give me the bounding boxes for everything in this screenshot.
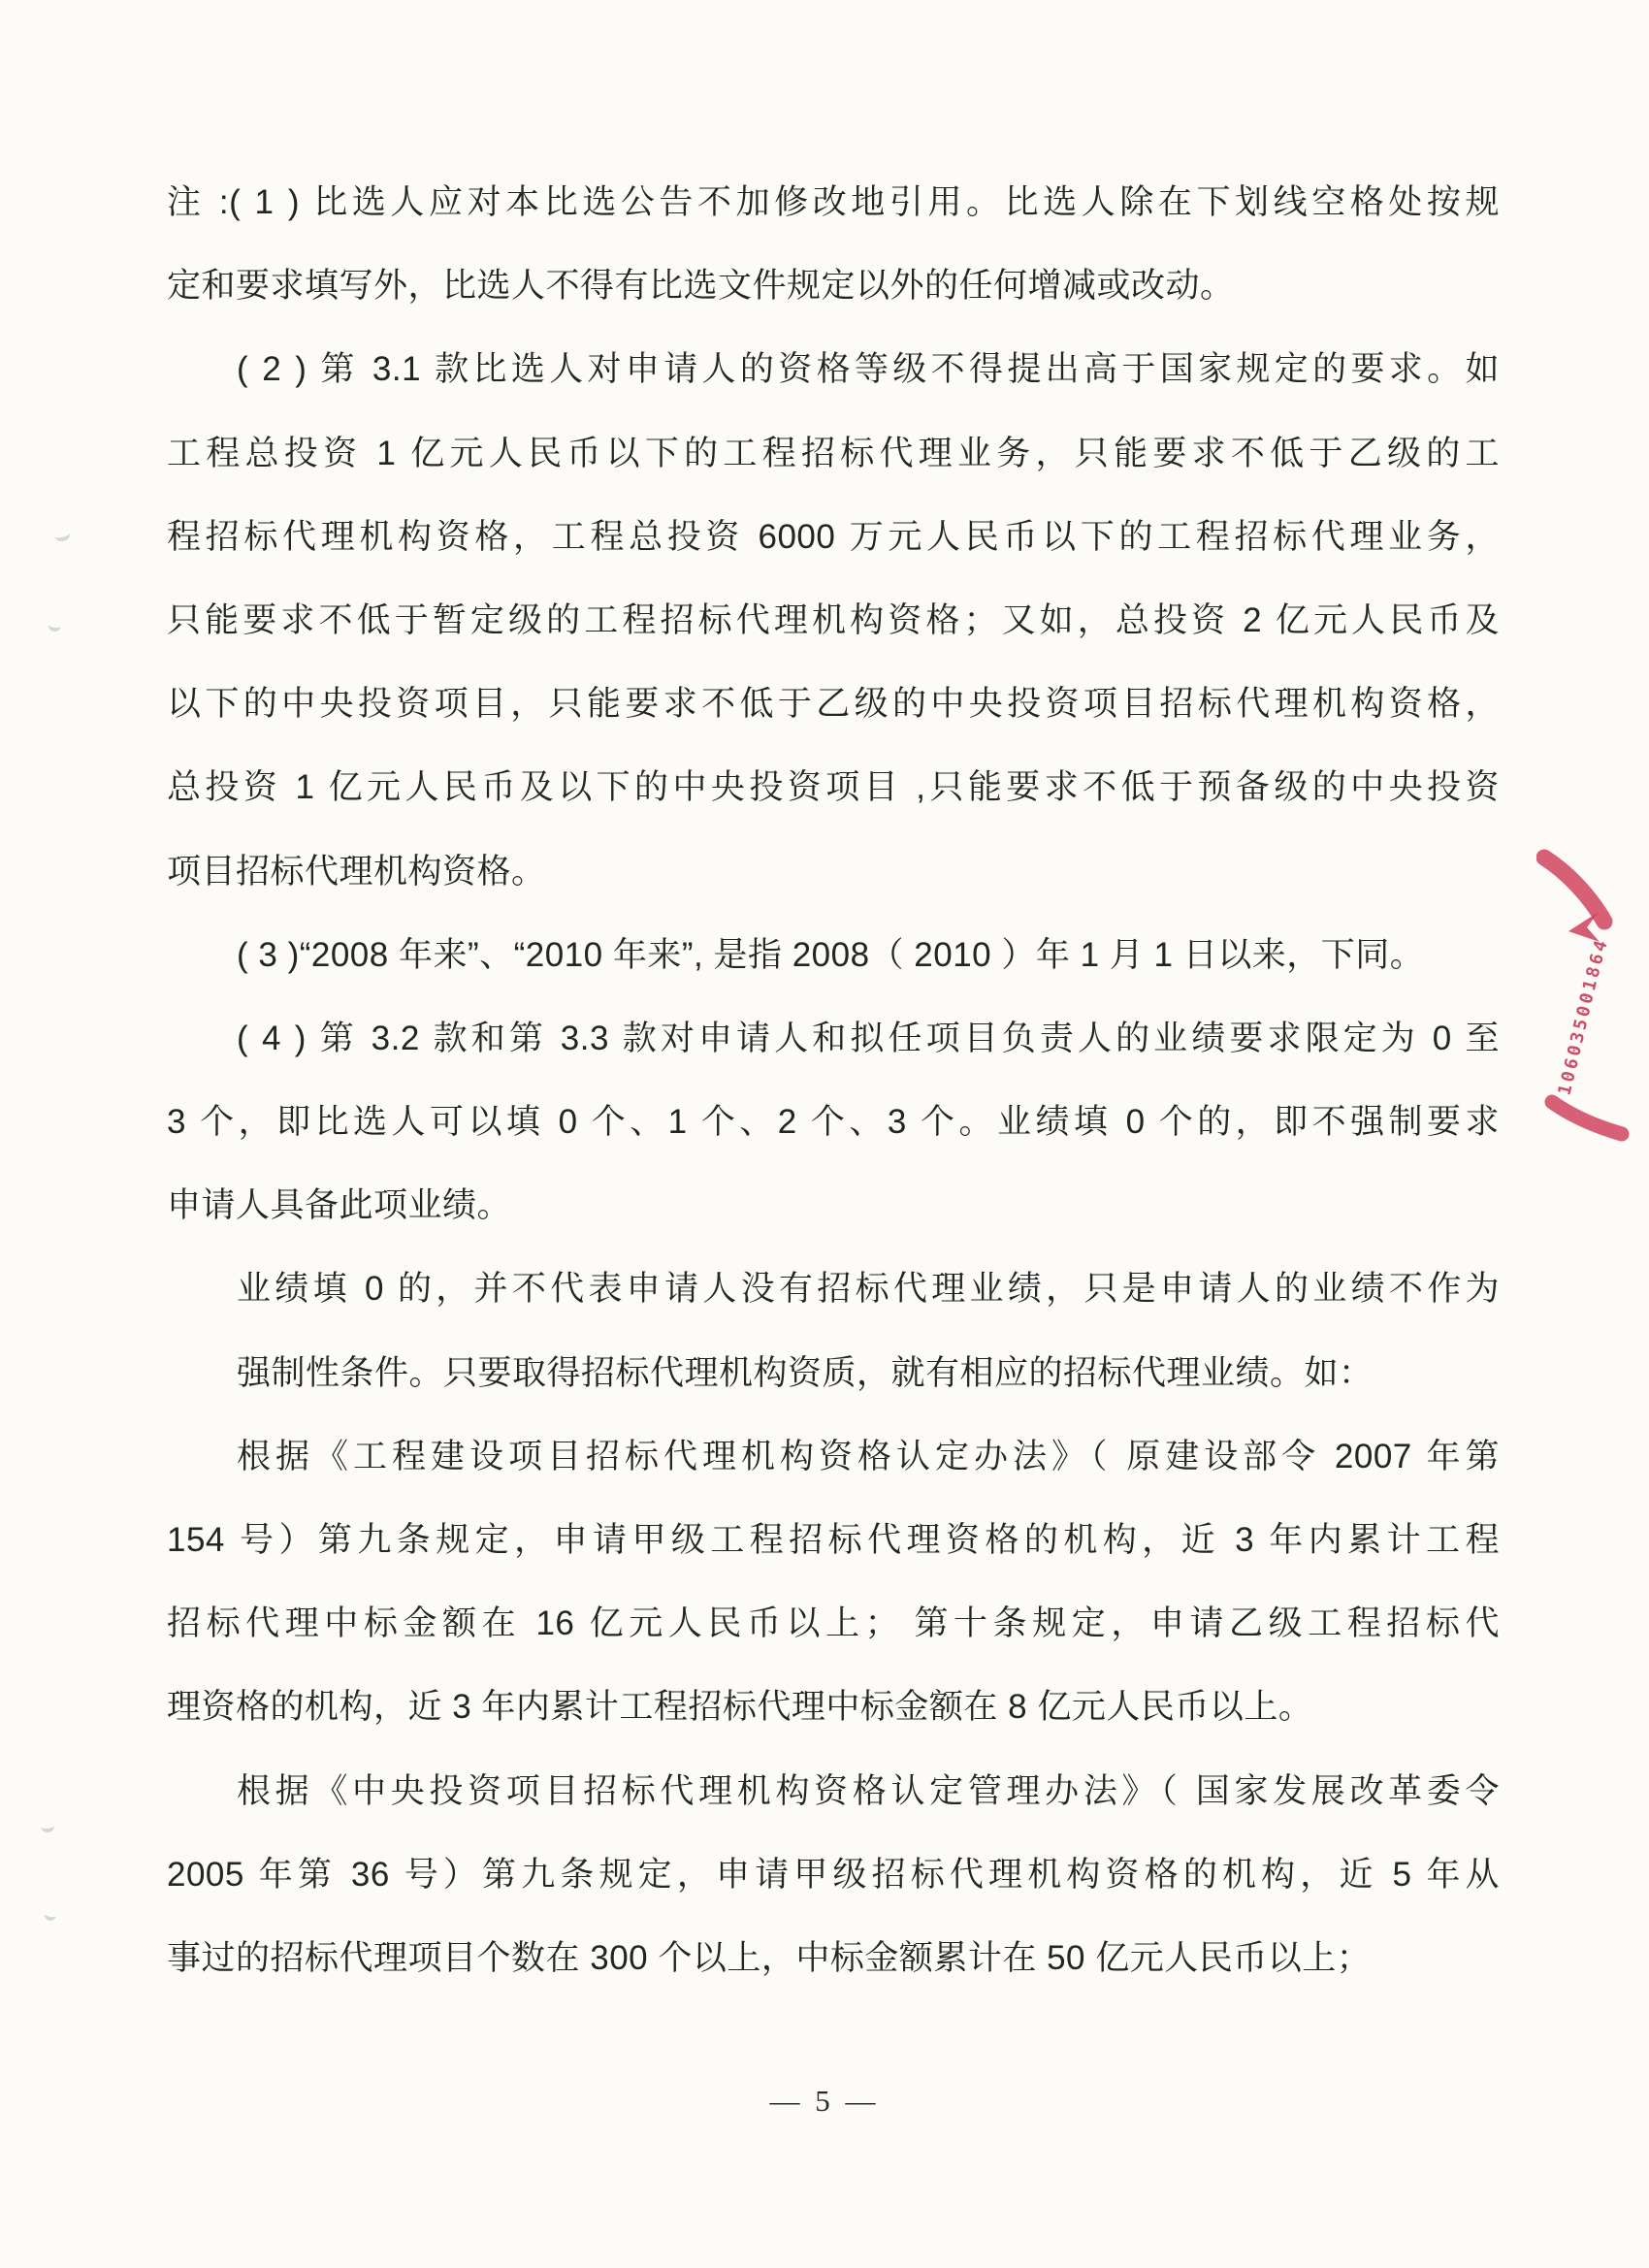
svg-text:106035001864: 106035001864 [1555,935,1613,1097]
text-line: 程招标代理机构资格，工程总投资 6000 万元人民币以下的工程招标代理业务， [167,496,1500,579]
scan-artifact [53,526,72,542]
text-line: 3 个，即比选人可以填 0 个、1 个、2 个、3 个。业绩填 0 个的，即不强… [167,1081,1500,1164]
text-line: 项目招标代理机构资格。 [167,830,1500,914]
scanned-document-page: 注 :( 1 ) 比选人应对本比选公告不加修改地引用。比选人除在下划线空格处按规… [0,0,1649,2268]
text-line: 注 :( 1 ) 比选人应对本比选公告不加修改地引用。比选人除在下划线空格处按规 [167,161,1500,244]
seal-star-fragment [1568,912,1600,942]
text-line: ( 3 )“2008 年来”、“2010 年来”, 是指 2008（ 2010 … [167,914,1500,997]
text-line: 154 号）第九条规定，申请甲级工程招标代理资格的机构，近 3 年内累计工程 [167,1499,1500,1582]
text-line: 根据《中央投资项目招标代理机构资格认定管理办法》（ 国家发展改革委令 [167,1750,1500,1833]
document-body: 注 :( 1 ) 比选人应对本比选公告不加修改地引用。比选人除在下划线空格处按规… [167,161,1500,2000]
text-line: 强制性条件。只要取得招标代理机构资质，就有相应的招标代理业绩。如： [167,1332,1500,1415]
scan-artifact [48,618,62,632]
page-number: — 5 — [97,2084,1552,2119]
text-line: 事过的招标代理项目个数在 300 个以上，中标金额累计在 50 亿元人民币以上； [167,1917,1500,2000]
text-line: 招标代理中标金额在 16 亿元人民币以上； 第十条规定，申请乙级工程招标代 [167,1582,1500,1666]
text-line: 只能要求不低于暂定级的工程招标代理机构资格；又如，总投资 2 亿元人民币及 [167,579,1500,663]
red-seal-icon: 106035001864 [1536,844,1649,1154]
text-line: ( 2 ) 第 3.1 款比选人对申请人的资格等级不得提出高于国家规定的要求。如 [167,328,1500,411]
text-line: 工程总投资 1 亿元人民币以下的工程招标代理业务，只能要求不低于乙级的工 [167,412,1500,496]
red-seal-fragment: 106035001864 [1536,844,1649,1154]
text-line: 根据《工程建设项目招标代理机构资格认定办法》（ 原建设部令 2007 年第 [167,1415,1500,1499]
seal-arc-bottom [1552,1102,1622,1134]
text-line: ( 4 ) 第 3.2 款和第 3.3 款对申请人和拟任项目负责人的业绩要求限定… [167,997,1500,1081]
scan-artifact [40,1819,54,1832]
text-line: 业绩填 0 的，并不代表申请人没有招标代理业绩，只是申请人的业绩不作为 [167,1247,1500,1331]
text-line: 理资格的机构，近 3 年内累计工程招标代理中标金额在 8 亿元人民币以上。 [167,1666,1500,1749]
text-line: 以下的中央投资项目，只能要求不低于乙级的中央投资项目招标代理机构资格， [167,663,1500,746]
scan-artifact [44,1908,57,1922]
text-line: 2005 年第 36 号）第九条规定，申请甲级招标代理机构资格的机构，近 5 年… [167,1833,1500,1917]
seal-serial-number: 106035001864 [1555,935,1613,1097]
text-line: 定和要求填写外，比选人不得有比选文件规定以外的任何增减或改动。 [167,244,1500,328]
text-line: 申请人具备此项业绩。 [167,1164,1500,1247]
text-line: 总投资 1 亿元人民币及以下的中央投资项目 ,只能要求不低于预备级的中央投资 [167,746,1500,829]
seal-arc-top [1544,858,1604,922]
